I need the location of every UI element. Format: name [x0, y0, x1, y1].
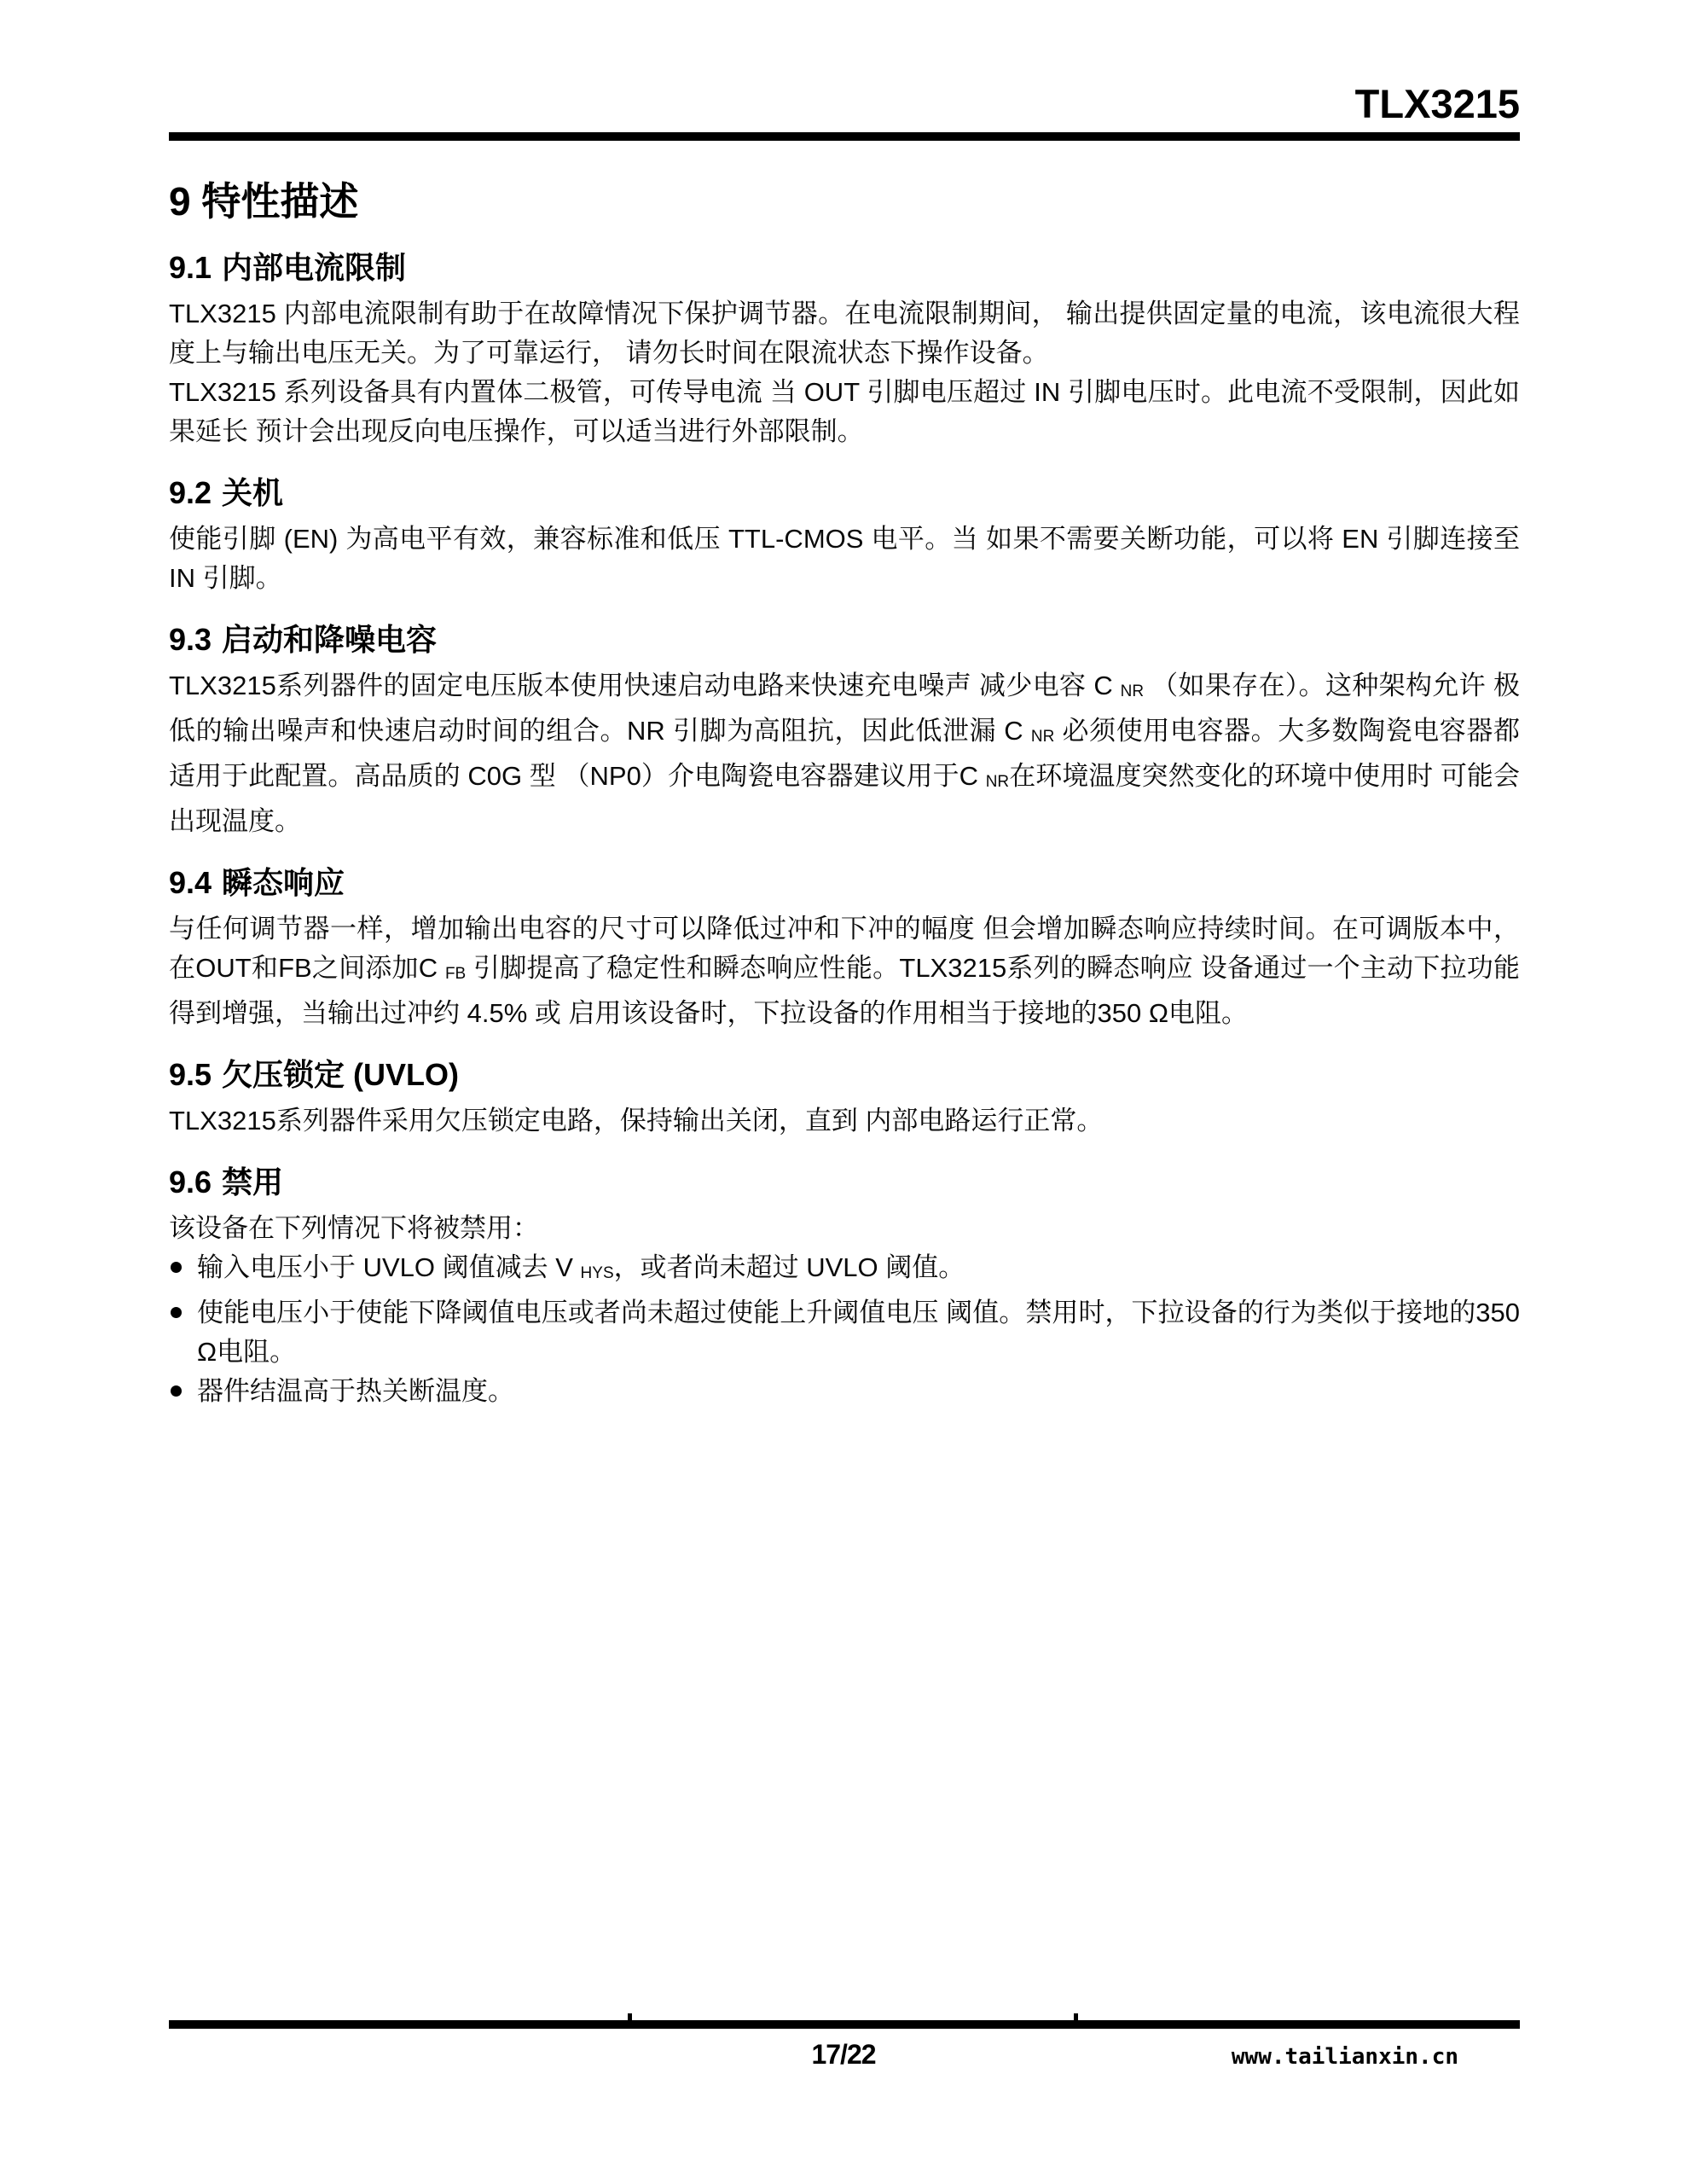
section-number: 9.3 — [169, 622, 212, 657]
section-title: 瞬态响应 — [222, 865, 345, 900]
list-item: 输入电压小于 UVLO 阈值减去 V HYS，或者尚未超过 UVLO 阈值。 — [169, 1248, 1520, 1293]
section-title: 内部电流限制 — [222, 250, 406, 285]
page-content: TLX3215 9 特性描述 9.1内部电流限制 TLX3215 内部电流限制有… — [169, 0, 1520, 1411]
section-9-6-heading: 9.6禁用 — [169, 1163, 1520, 1202]
bullet-icon — [171, 1262, 182, 1273]
page-header: TLX3215 — [169, 0, 1520, 141]
paragraph: TLX3215 系列设备具有内置体二极管，可传导电流 当 OUT 引脚电压超过 … — [169, 373, 1520, 451]
section-title: 欠压锁定 (UVLO) — [222, 1057, 459, 1092]
section-number: 9.6 — [169, 1165, 212, 1199]
section-9-3: 9.3启动和降噪电容 TLX3215系列器件的固定电压版本使用快速启动电路来快速… — [169, 620, 1520, 841]
paragraph: TLX3215 内部电流限制有助于在故障情况下保护调节器。在电流限制期间， 输出… — [169, 294, 1520, 373]
list-item-text: 输入电压小于 UVLO 阈值减去 V HYS，或者尚未超过 UVLO 阈值。 — [197, 1252, 965, 1282]
section-9-1-heading: 9.1内部电流限制 — [169, 248, 1520, 288]
datasheet-page: TLX3215 9 特性描述 9.1内部电流限制 TLX3215 内部电流限制有… — [0, 0, 1687, 2184]
section-9-1: 9.1内部电流限制 TLX3215 内部电流限制有助于在故障情况下保护调节器。在… — [169, 248, 1520, 451]
section-number: 9.1 — [169, 250, 212, 285]
website-url: www.tailianxin.cn — [1232, 2044, 1458, 2070]
footer-rule-tick — [628, 2013, 632, 2020]
section-9-5: 9.5欠压锁定 (UVLO) TLX3215系列器件采用欠压锁定电路，保持输出关… — [169, 1055, 1520, 1141]
section-9-6: 9.6禁用 该设备在下列情况下将被禁用： 输入电压小于 UVLO 阈值减去 V … — [169, 1163, 1520, 1411]
paragraph: 使能引脚 (EN) 为高电平有效，兼容标准和低压 TTL-CMOS 电平。当 如… — [169, 520, 1520, 598]
paragraph: TLX3215系列器件采用欠压锁定电路，保持输出关闭，直到 内部电路运行正常。 — [169, 1101, 1520, 1141]
section-9-4-heading: 9.4瞬态响应 — [169, 863, 1520, 903]
bullet-icon — [171, 1307, 182, 1318]
part-number-header: TLX3215 — [169, 0, 1520, 124]
header-rule — [169, 132, 1520, 141]
section-9-3-heading: 9.3启动和降噪电容 — [169, 620, 1520, 659]
disable-conditions-list: 输入电压小于 UVLO 阈值减去 V HYS，或者尚未超过 UVLO 阈值。 使… — [169, 1248, 1520, 1411]
section-9-2: 9.2关机 使能引脚 (EN) 为高电平有效，兼容标准和低压 TTL-CMOS … — [169, 473, 1520, 598]
section-number: 9.2 — [169, 475, 212, 510]
paragraph: 与任何调节器一样，增加输出电容的尺寸可以降低过冲和下冲的幅度 但会增加瞬态响应持… — [169, 909, 1520, 1033]
list-item-text: 使能电压小于使能下降阈值电压或者尚未超过使能上升阈值电压 阈值。禁用时，下拉设备… — [197, 1298, 1520, 1367]
bullet-icon — [171, 1385, 182, 1397]
chapter-title: 9 特性描述 — [169, 177, 1520, 226]
section-title: 关机 — [222, 475, 283, 510]
section-title: 禁用 — [222, 1165, 283, 1199]
paragraph: 该设备在下列情况下将被禁用： — [169, 1209, 1520, 1248]
list-item-text: 器件结温高于热关断温度。 — [197, 1376, 514, 1406]
footer-rule-tick — [1074, 2013, 1078, 2020]
paragraph: TLX3215系列器件的固定电压版本使用快速启动电路来快速充电噪声 减少电容 C… — [169, 666, 1520, 841]
section-9-4: 9.4瞬态响应 与任何调节器一样，增加输出电容的尺寸可以降低过冲和下冲的幅度 但… — [169, 863, 1520, 1033]
list-item: 使能电压小于使能下降阈值电压或者尚未超过使能上升阈值电压 阈值。禁用时，下拉设备… — [169, 1293, 1520, 1372]
section-9-5-heading: 9.5欠压锁定 (UVLO) — [169, 1055, 1520, 1095]
list-item: 器件结温高于热关断温度。 — [169, 1372, 1520, 1411]
footer-rule — [169, 2020, 1520, 2029]
section-9-2-heading: 9.2关机 — [169, 473, 1520, 513]
section-number: 9.5 — [169, 1057, 212, 1092]
section-title: 启动和降噪电容 — [222, 622, 437, 657]
section-number: 9.4 — [169, 865, 212, 900]
